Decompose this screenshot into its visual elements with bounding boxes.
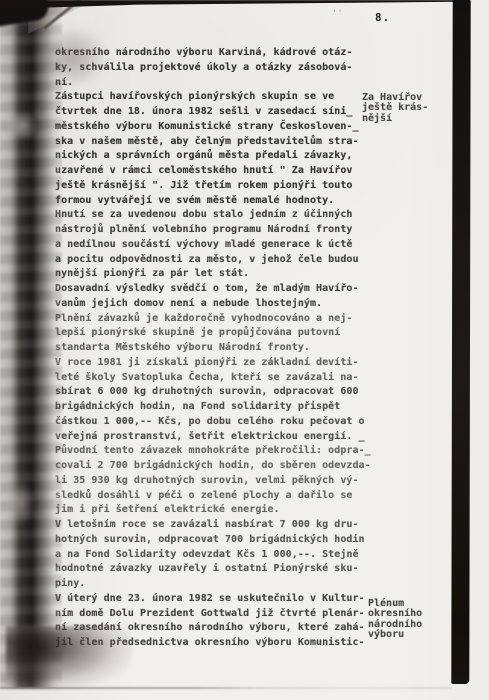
margin-note-line: nější (362, 114, 428, 124)
text-line: V roce 1981 ji získali pionýři ze základ… (55, 356, 391, 371)
scan-gutter-shadow (0, 0, 62, 688)
scan-right-edge-bar (451, 0, 470, 684)
text-line: částkou 1 000,-- Kčs, po dobu celého rok… (55, 415, 391, 430)
text-line: ní zasedání okresního národního výboru, … (55, 621, 391, 636)
text-line: Hnutí se za uvedenou dobu stalo jedním z… (55, 208, 391, 223)
scan-top-edge-line (0, 0, 456, 9)
text-line: brigádnických hodin, na Fond solidarity … (55, 400, 391, 415)
text-line: formou vytvářejí ve svém městě nemalé ho… (55, 194, 391, 209)
text-line: okresního národního výboru Karviná, kádr… (55, 46, 391, 61)
text-line: V letošním roce se zavázali nasbírat 7 0… (55, 518, 391, 533)
typewritten-text-column: okresního národního výboru Karviná, kádr… (55, 46, 391, 651)
stray-pencil-mark: '' (332, 9, 343, 19)
text-line: hodnotné závazky uzavřely i ostatní Pion… (55, 562, 391, 577)
margin-note-plenum: Plénumokresníhonárodníhovýboru (368, 599, 422, 641)
scan-gutter-highlight (5, 480, 35, 526)
text-line: standarta Městského výboru Národní front… (55, 341, 391, 356)
text-line: lepší pionýrské skupině je propůjčována … (55, 326, 391, 341)
text-line: ní. (55, 76, 391, 91)
text-line: covali 2 700 brigádnických hodin, do sbě… (55, 459, 391, 474)
scan-bottom-fold-line (0, 687, 452, 689)
scan-page-corner-crease (43, 0, 80, 29)
scan-gutter-streak-texture (0, 0, 62, 688)
text-line: uzavřené v rámci celoměstského hnutí " Z… (55, 164, 391, 179)
text-line: li 35 930 kg druhotných surovin, velmi p… (55, 474, 391, 489)
text-line: čtvrtek dne 18. února 1982 sešli v zased… (55, 105, 391, 120)
margin-note-line: výboru (368, 630, 422, 640)
text-line: městského výboru Komunistické strany Čes… (55, 120, 391, 135)
text-line: nynější pionýři za pár let stát. (55, 267, 391, 282)
text-line: jil člen předsednictva okresního výboru … (55, 636, 391, 651)
text-line: veřejná prostranství, šetřit elektrickou… (55, 430, 391, 445)
text-line: a nedílnou součástí výchovy mladé genera… (55, 238, 391, 253)
text-line: ještě krásnější ". Již třetím rokem pion… (55, 179, 391, 194)
text-line: sledků dosáhli v péči o zelené plochy a … (55, 489, 391, 504)
text-line: ska v našem městě, aby čelným představit… (55, 135, 391, 150)
scan-corner-black-blob (0, 0, 50, 27)
text-line: leté školy Svatopluka Čecha, kteří se za… (55, 371, 391, 386)
text-line: Zástupci havířovských pionýrských skupin… (55, 90, 391, 105)
text-line: hotných surovin, odpracovat 700 brigádni… (55, 533, 391, 548)
margin-note-za-havirov: Za Havířovještě krás-nější (362, 93, 428, 124)
text-line: Plnění závazků je každoročně vyhodnocová… (55, 312, 391, 327)
text-line: nických a správních orgánů města předali… (55, 149, 391, 164)
text-line: Původní tento závazek mnohokráte překroč… (55, 444, 391, 459)
text-line: V úterý dne 23. února 1982 se uskutečnil… (55, 592, 391, 607)
text-line: vanům jejich domov není a nebude lhostej… (55, 297, 391, 312)
text-line: a na Fond Solidarity odevzdat Kčs 1 000,… (55, 548, 391, 563)
text-line: piny. (55, 577, 391, 592)
text-line: nástrojů plnění volebního programu Národ… (55, 223, 391, 238)
text-line: sbírat 6 000 kg druhotných surovin, odpr… (55, 385, 391, 400)
text-line: Dosavadní výsledky svědčí o tom, že mlad… (55, 282, 391, 297)
page-number: 8. (375, 12, 390, 24)
scanned-document-page: 8. '' okresního národního výboru Karviná… (0, 0, 489, 700)
text-line: ky, schválila projektové úkoly a otázky … (55, 61, 391, 76)
text-line: a pocitu odpovědnosti za město, v jehož … (55, 253, 391, 268)
text-line: jim i při šetření elektrické energie. (55, 503, 391, 518)
scan-corner-shadow (28, 0, 94, 34)
text-line: ním domě Dolu Prezident Gottwald již čtv… (55, 607, 391, 622)
scan-gutter-highlight (6, 112, 38, 140)
